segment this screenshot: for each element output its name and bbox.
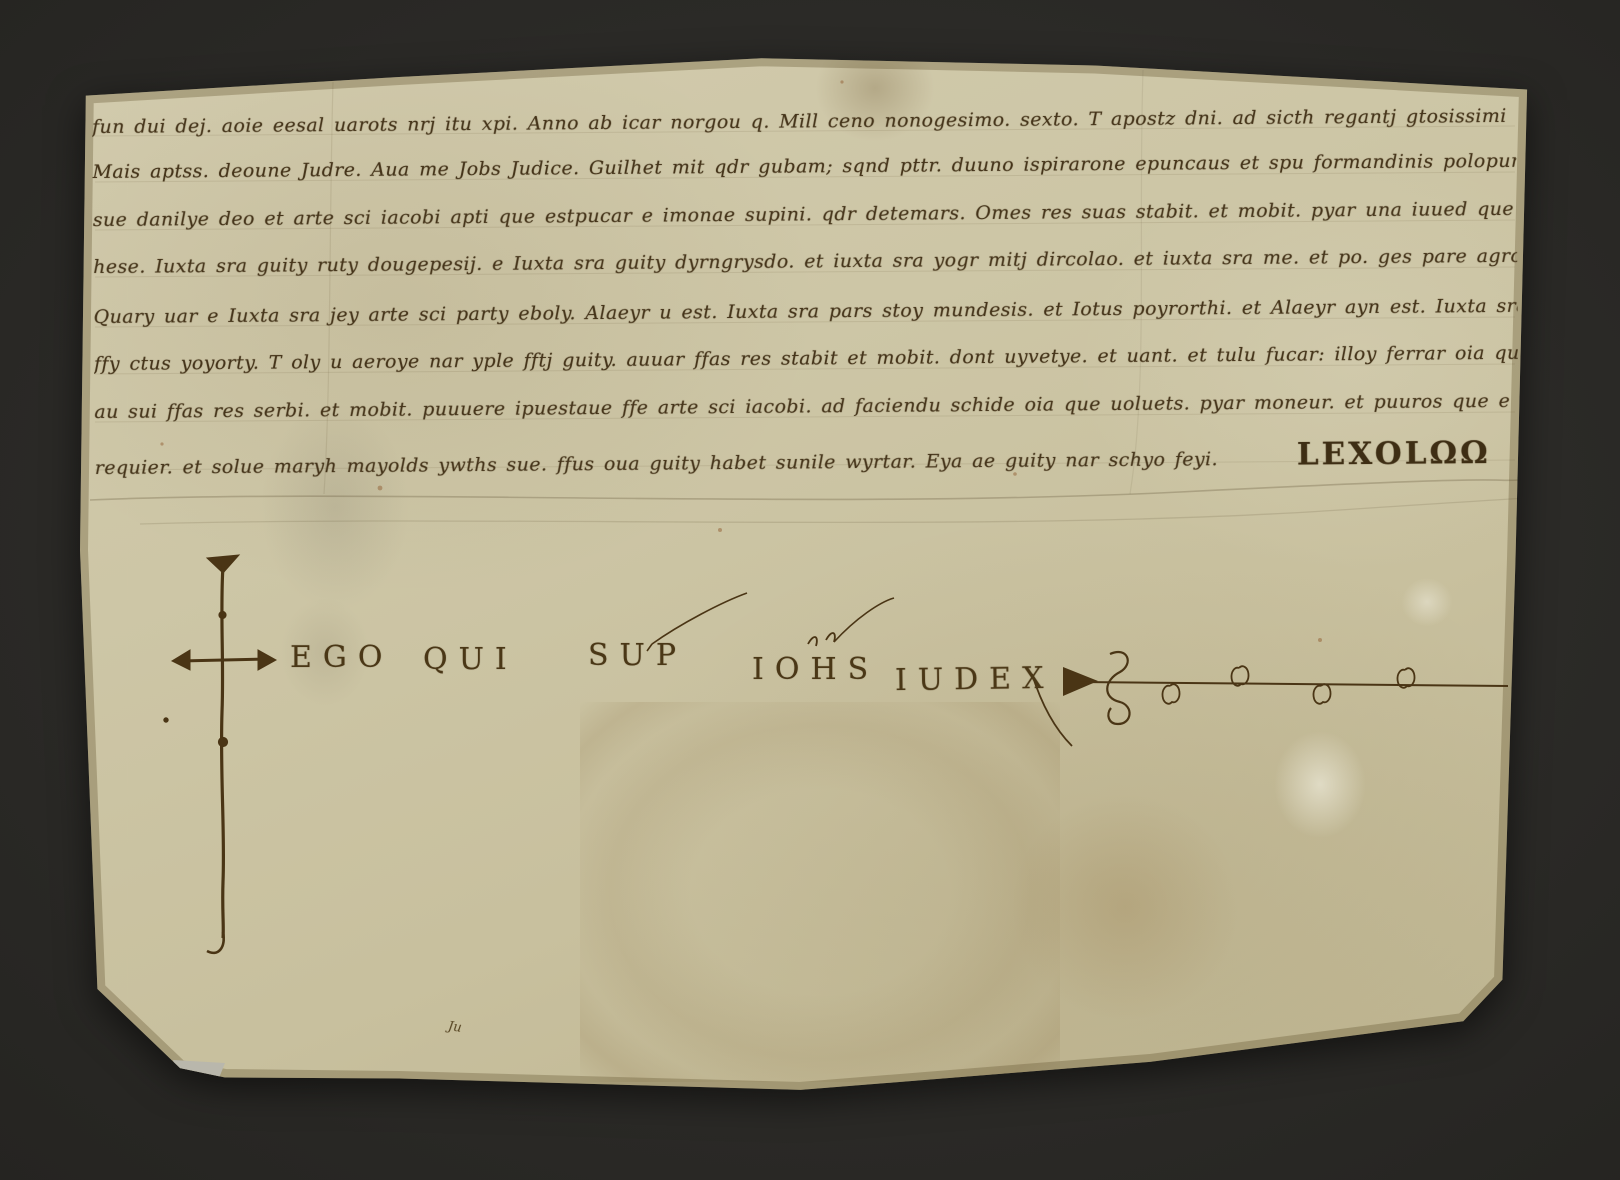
bottom-ink-mark: Ju <box>447 1019 463 1036</box>
cross-staff-hook <box>207 932 224 953</box>
charter-line-6: ffy ctus yoyorty. T oly u aeroye nar ypl… <box>94 342 1518 375</box>
cross-arm <box>180 659 268 661</box>
era-mark: LEXOLΩΩ <box>1297 435 1491 473</box>
cross-knot-lower <box>218 737 227 746</box>
line-loop-3 <box>1313 684 1330 703</box>
signature-line <box>1080 682 1508 686</box>
charter-line-3: sue danilye deo et arte sci iacobi apti … <box>93 198 1517 231</box>
cross-arm-finial-right <box>258 650 276 670</box>
charter-line-4: hese. Iuxta sra guity ruty dougepesij. e… <box>93 245 1517 278</box>
signature-word-qui: QUI <box>423 642 518 677</box>
flourish-stroke-right <box>834 598 894 642</box>
cross-arm-finial-left <box>172 650 190 670</box>
charter-line-5: Quary uar e Iuxta sra jey arte sci party… <box>94 295 1518 328</box>
signature-word-sup: SUP <box>588 638 687 673</box>
photo-stage: fun dui dej. aoie eesal uarots nrj itu x… <box>0 0 1620 1180</box>
signature-word-iohs: IOHS <box>752 652 879 687</box>
eight-flourish <box>1107 652 1129 724</box>
flourish-u-marks <box>808 633 835 646</box>
line-loop-1 <box>1162 684 1179 703</box>
charter-line-8: requier. et solue maryh mayolds ywths su… <box>95 435 1519 482</box>
parchment-charter: fun dui dej. aoie eesal uarots nrj itu x… <box>80 52 1530 1092</box>
bottom-edge-tab <box>173 1060 225 1078</box>
ink-dot <box>164 718 168 722</box>
charter-line-7: au sui ffas res serbi. et mobit. puuuere… <box>94 390 1518 423</box>
charter-line-1: fun dui dej. aoie eesal uarots nrj itu x… <box>92 105 1516 138</box>
charter-line-2: Mais aptss. deoune Judre. Aua me Jobs Ju… <box>92 150 1516 183</box>
charter-text-block: fun dui dej. aoie eesal uarots nrj itu x… <box>92 41 1520 572</box>
cross-knot-upper <box>219 611 226 618</box>
parchment-wrap: fun dui dej. aoie eesal uarots nrj itu x… <box>80 52 1530 1092</box>
cross-signum <box>164 555 276 953</box>
signature-word-ego: EGO <box>290 640 393 675</box>
signature-word-iudex: IUDEX <box>895 661 1055 698</box>
charter-line-8-text: requier. et solue maryh mayolds ywths su… <box>95 448 1218 479</box>
cross-staff <box>222 566 224 938</box>
